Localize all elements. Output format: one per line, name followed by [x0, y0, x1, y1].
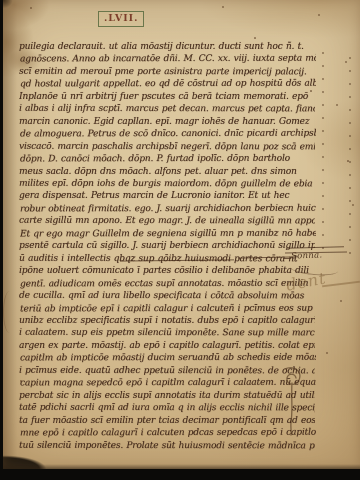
- text-line: de cucilla. qmī ad iura libello specific…: [19, 290, 315, 303]
- text-line: argen ex parte. mōastij. ab epō i capitl…: [19, 340, 315, 352]
- text-line: gentī. adiudicam omēs ecctas supī annota…: [20, 277, 316, 290]
- text-line: carte sigillū mn apono. Et ego magr. J. …: [19, 215, 315, 228]
- text-line: milites epī. dōpn iohs de burgis maiordo…: [19, 178, 315, 191]
- speck: [326, 352, 328, 354]
- text-line: robur obtineat firmitatis. ego. J. suari…: [20, 203, 316, 216]
- speck: [340, 300, 342, 302]
- speck: [345, 61, 347, 63]
- manuscript-text-block: puilegia declarauit. ut alia mōastij dic…: [19, 41, 315, 452]
- text-line: Et qr ego magr Guillelm de segniena sigi…: [20, 227, 316, 240]
- text-line: scī emitin ad merouī pme porte asinistra…: [19, 66, 315, 79]
- text-line: dōpn. D. canōci mōach. dōpn. P. furtad i…: [20, 153, 316, 166]
- margin-note-sonna: Sonna.: [291, 250, 323, 261]
- speck: [254, 37, 256, 39]
- text-line: qd hostal uulgarit appellat. eo qd dē cō…: [20, 78, 316, 91]
- speck: [336, 104, 338, 106]
- text-line: psentē cartula cū sigillo. J. suarij ber…: [19, 240, 315, 252]
- text-line: unibz ecclibz specificatis supī i notati…: [19, 315, 315, 327]
- speck: [318, 14, 320, 16]
- text-line: capiun magna sepedcō epō i capitlm calag…: [20, 377, 316, 390]
- speck: [30, 7, 32, 9]
- text-line: ta fuer mōastio scī emilin pter tcias de…: [19, 415, 315, 427]
- text-line: Inplanōe ū nrī arbitrij fuer pscutes cā …: [19, 91, 315, 103]
- text-line: teriū ab impticōe epī i capitli calagur …: [20, 302, 316, 315]
- parchment-crease: [3, 291, 16, 333]
- text-line: i calaatem. sup eis ppetm silenciū impon…: [19, 327, 315, 340]
- ink-flourish-drawing: [278, 364, 308, 436]
- text-line: meus sacla. dōpn dns mōach. alfons pet. …: [19, 166, 315, 178]
- speck: [310, 90, 312, 92]
- text-line: i pcīmus eide. quatū adhec ppetuū silenc…: [19, 364, 315, 377]
- manuscript-photo: .LVII. puilegia declarauit. ut alia mōas…: [0, 0, 360, 480]
- folio-number-label: .LVII.: [98, 11, 144, 27]
- page-bottom-shadow: [3, 464, 360, 469]
- text-line: tuū silenciū imponētes. Prolate sūt huiu…: [19, 439, 315, 452]
- text-line: agnōscens. Anno ab incarnatōe dñi. M. CC…: [20, 53, 316, 66]
- text-line: ū auditis i intellectis qbqz sup qōibz h…: [19, 252, 315, 265]
- margin-dash: [283, 258, 291, 259]
- text-line: gera dispensat. Petrus marcin de Lucroni…: [19, 190, 315, 202]
- text-line: de almoguera. Petrus de scō dnīco. canon…: [20, 128, 316, 141]
- pricking-dots-column: [349, 57, 351, 255]
- text-line: capitlm ab impticōe mōastij ducim seruan…: [20, 352, 316, 365]
- text-line: tatē pdichi sacrli qmī ad iura omīa q in…: [19, 402, 315, 415]
- pricking-dots-column: [322, 52, 324, 260]
- text-line: ipōne uoluert cōmunicato ī partes cōsili…: [19, 265, 315, 277]
- text-line: puilegia declarauit. ut alia mōastij dic…: [19, 41, 315, 53]
- speck: [222, 6, 224, 8]
- speck: [352, 204, 354, 206]
- text-line: viscacō. marcin paschalis archipsbī nege…: [19, 140, 315, 153]
- text-line: percbat sic in alijs ecclis supī annotat…: [19, 390, 315, 402]
- speck: [347, 160, 349, 162]
- text-line: i albas i alij infra scptī. marcus pet d…: [19, 103, 315, 116]
- speck: [20, 380, 22, 382]
- text-line: marcin canonic. Egid capllan. epī. magr …: [19, 116, 315, 128]
- text-line: mne epō i capitlo calagurī i calcuten pd…: [20, 427, 316, 440]
